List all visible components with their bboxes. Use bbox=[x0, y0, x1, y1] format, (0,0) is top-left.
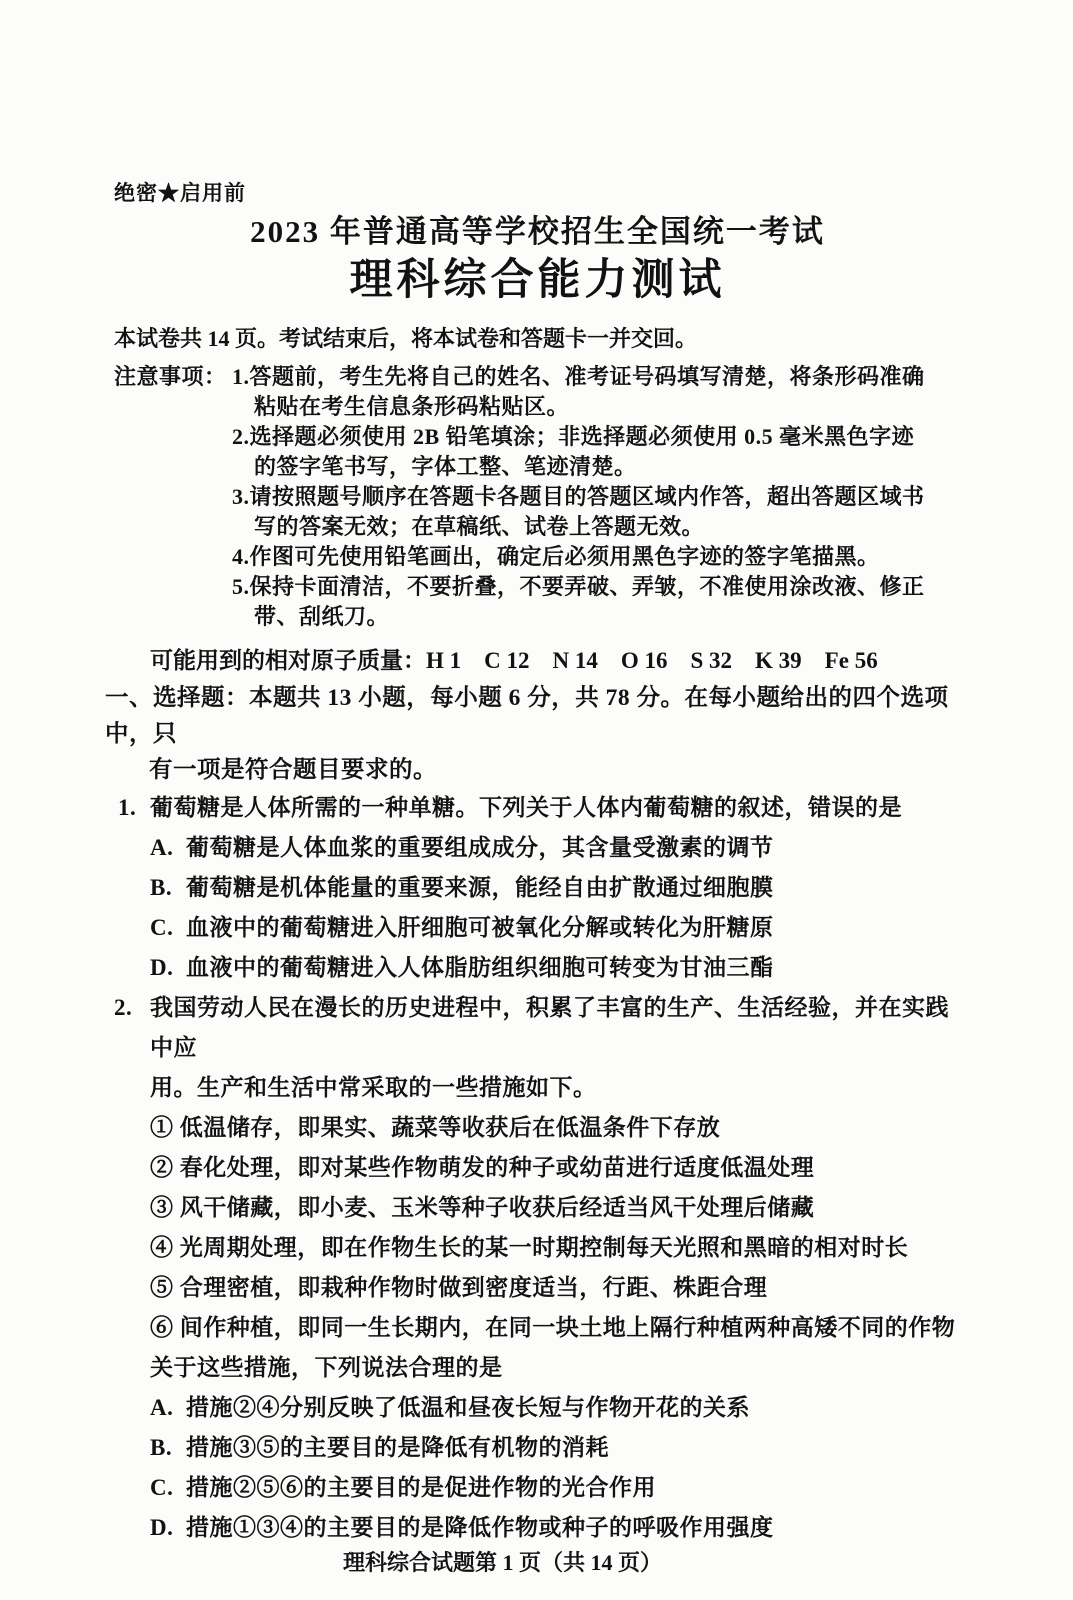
notice-line: 的签字笔书写，字体工整、笔迹清楚。 bbox=[114, 452, 961, 482]
notice-line: 注意事项：1.答题前，考生先将自己的姓名、准考证号码填写清楚，将条形码准确 bbox=[114, 362, 961, 392]
option-text: 血液中的葡萄糖进入人体脂肪组织细胞可转变为甘油三酯 bbox=[186, 955, 774, 980]
notice-item-text: 保持卡面清洁，不要折叠，不要弄破、弄皱，不准使用涂改液、修正 bbox=[250, 574, 925, 599]
section-header-line: 有一项是符合题目要求的。 bbox=[105, 752, 961, 788]
option-text: 葡萄糖是人体血浆的重要组成成分，其含量受激素的调节 bbox=[186, 835, 774, 860]
notice-item-text: 请按照题号顺序在答题卡各题目的答题区域内作答，超出答题区域书 bbox=[250, 484, 925, 509]
notice-line: 带、刮纸刀。 bbox=[114, 602, 961, 632]
option-text: 葡萄糖是机体能量的重要来源，能经自由扩散通过细胞膜 bbox=[186, 875, 774, 900]
question-1-option-a: A.葡萄糖是人体血浆的重要组成成分，其含量受激素的调节 bbox=[114, 828, 961, 868]
page-content: 绝密★启用前 2023 年普通高等学校招生全国统一考试 理科综合能力测试 本试卷… bbox=[0, 0, 1073, 1578]
measure-item-3: ③ 风干储藏，即小麦、玉米等种子收获后经适当风干处理后储藏 bbox=[114, 1188, 961, 1228]
question-2-option-a: A.措施②④分别反映了低温和昼夜长短与作物开花的关系 bbox=[114, 1388, 961, 1428]
notice-label: 注意事项： bbox=[114, 362, 232, 392]
notice-line: 5.保持卡面清洁，不要折叠，不要弄破、弄皱，不准使用涂改液、修正 bbox=[114, 572, 961, 602]
question-2: 2. 我国劳动人民在漫长的历史进程中，积累了丰富的生产、生活经验，并在实践中应 … bbox=[114, 988, 961, 1548]
question-stem-text: 葡萄糖是人体所需的一种单糖。下列关于人体内葡萄糖的叙述，错误的是 bbox=[150, 788, 961, 828]
option-label: B. bbox=[150, 1428, 186, 1468]
notice-line: 写的答案无效；在草稿纸、试卷上答题无效。 bbox=[114, 512, 961, 542]
measure-item-4: ④ 光周期处理，即在作物生长的某一时期控制每天光照和黑暗的相对时长 bbox=[114, 1228, 961, 1268]
notice-item-text: 答题前，考生先将自己的姓名、准考证号码填写清楚，将条形码准确 bbox=[250, 364, 925, 389]
question-1-stem: 1. 葡萄糖是人体所需的一种单糖。下列关于人体内葡萄糖的叙述，错误的是 bbox=[114, 788, 961, 828]
option-label: C. bbox=[150, 1468, 186, 1508]
option-label: D. bbox=[150, 948, 186, 988]
option-label: A. bbox=[150, 828, 186, 868]
subject-title: 理科综合能力测试 bbox=[114, 254, 961, 308]
question-2-option-c: C.措施②⑤⑥的主要目的是促进作物的光合作用 bbox=[114, 1468, 961, 1508]
section-header-line: 一、选择题：本题共 13 小题，每小题 6 分，共 78 分。在每小题给出的四个… bbox=[105, 680, 961, 752]
question-2-stem: 2. 我国劳动人民在漫长的历史进程中，积累了丰富的生产、生活经验，并在实践中应 bbox=[114, 988, 961, 1068]
notice-line: 3.请按照题号顺序在答题卡各题目的答题区域内作答，超出答题区域书 bbox=[114, 482, 961, 512]
measure-item-2: ② 春化处理，即对某些作物萌发的种子或幼苗进行适度低温处理 bbox=[114, 1148, 961, 1188]
notice-item-text: 作图可先使用铅笔画出，确定后必须用黑色字迹的签字笔描黑。 bbox=[250, 544, 880, 569]
option-text: 血液中的葡萄糖进入肝细胞可被氧化分解或转化为肝糖原 bbox=[186, 915, 774, 940]
notice-item-number: 1. bbox=[232, 364, 250, 389]
measure-item-6: ⑥ 间作种植，即同一生长期内，在同一块土地上隔行种植两种高矮不同的作物 bbox=[114, 1308, 961, 1348]
option-text: 措施②④分别反映了低温和昼夜长短与作物开花的关系 bbox=[186, 1395, 750, 1420]
classification-banner: 绝密★启用前 bbox=[114, 180, 961, 206]
question-1-option-b: B.葡萄糖是机体能量的重要来源，能经自由扩散通过细胞膜 bbox=[114, 868, 961, 908]
section-header: 一、选择题：本题共 13 小题，每小题 6 分，共 78 分。在每小题给出的四个… bbox=[114, 680, 961, 788]
notice-item-number: 5. bbox=[232, 574, 250, 599]
notice-item-number: 3. bbox=[232, 484, 250, 509]
measure-item-5: ⑤ 合理密植，即栽种作物时做到密度适当，行距、株距合理 bbox=[114, 1268, 961, 1308]
option-label: B. bbox=[150, 868, 186, 908]
exam-title: 2023 年普通高等学校招生全国统一考试 bbox=[114, 210, 961, 254]
question-number: 1. bbox=[114, 788, 150, 828]
question-1-option-d: D.血液中的葡萄糖进入人体脂肪组织细胞可转变为甘油三酯 bbox=[114, 948, 961, 988]
question-1-option-c: C.血液中的葡萄糖进入肝细胞可被氧化分解或转化为肝糖原 bbox=[114, 908, 961, 948]
question-2-option-d: D.措施①③④的主要目的是降低作物或种子的呼吸作用强度 bbox=[114, 1508, 961, 1548]
notice-item-number: 4. bbox=[232, 544, 250, 569]
option-label: A. bbox=[150, 1388, 186, 1428]
option-text: 措施②⑤⑥的主要目的是促进作物的光合作用 bbox=[186, 1475, 656, 1500]
atomic-mass-line: 可能用到的相对原子质量：H 1 C 12 N 14 O 16 S 32 K 39… bbox=[114, 646, 961, 676]
page-footer: 理科综合试题第 1 页（共 14 页） bbox=[114, 1548, 961, 1578]
notice-item-number: 2. bbox=[232, 424, 250, 449]
question-2-prompt: 关于这些措施，下列说法合理的是 bbox=[114, 1348, 961, 1388]
question-number: 2. bbox=[114, 988, 150, 1068]
notice-line: 2.选择题必须使用 2B 铅笔填涂；非选择题必须使用 0.5 毫米黑色字迹 bbox=[114, 422, 961, 452]
measure-item-1: ① 低温储存，即果实、蔬菜等收获后在低温条件下存放 bbox=[114, 1108, 961, 1148]
option-text: 措施①③④的主要目的是降低作物或种子的呼吸作用强度 bbox=[186, 1515, 774, 1540]
question-2-stem-cont: 用。生产和生活中常采取的一些措施如下。 bbox=[114, 1068, 961, 1108]
notice-line: 粘贴在考生信息条形码粘贴区。 bbox=[114, 392, 961, 422]
notice-item-text: 选择题必须使用 2B 铅笔填涂；非选择题必须使用 0.5 毫米黑色字迹 bbox=[250, 424, 915, 449]
option-label: D. bbox=[150, 1508, 186, 1548]
exam-paper-page: 绝密★启用前 2023 年普通高等学校招生全国统一考试 理科综合能力测试 本试卷… bbox=[0, 0, 1073, 1600]
option-label: C. bbox=[150, 908, 186, 948]
option-text: 措施③⑤的主要目的是降低有机物的消耗 bbox=[186, 1435, 609, 1460]
question-2-option-b: B.措施③⑤的主要目的是降低有机物的消耗 bbox=[114, 1428, 961, 1468]
question-stem-text: 我国劳动人民在漫长的历史进程中，积累了丰富的生产、生活经验，并在实践中应 bbox=[150, 988, 961, 1068]
intro-line: 本试卷共 14 页。考试结束后，将本试卷和答题卡一并交回。 bbox=[114, 324, 961, 354]
notice-line: 4.作图可先使用铅笔画出，确定后必须用黑色字迹的签字笔描黑。 bbox=[114, 542, 961, 572]
question-1: 1. 葡萄糖是人体所需的一种单糖。下列关于人体内葡萄糖的叙述，错误的是 A.葡萄… bbox=[114, 788, 961, 988]
notice-block: 注意事项：1.答题前，考生先将自己的姓名、准考证号码填写清楚，将条形码准确 粘贴… bbox=[114, 362, 961, 632]
